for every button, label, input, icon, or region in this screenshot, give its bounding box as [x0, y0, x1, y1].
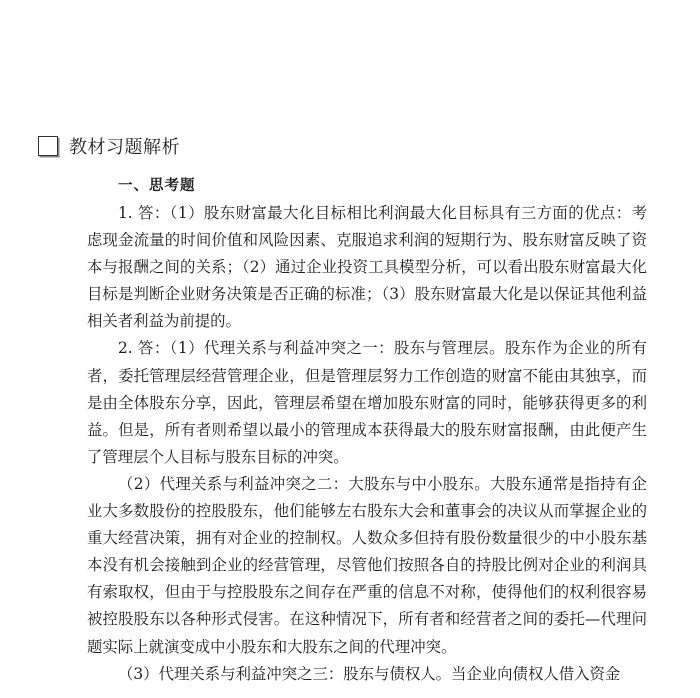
paragraph-answer-2-part-1: 2. 答：（1）代理关系与利益冲突之一：股东与管理层。股东作为企业的所有者，委托… [87, 335, 647, 470]
paragraph-answer-2-part-2: （2）代理关系与利益冲突之二：大股东与中小股东。大股东通常是指持有企业大多数股份… [87, 471, 647, 661]
paragraph-answer-2-part-3: （3）代理关系与利益冲突之三：股东与债权人。当企业向债权人借入资金 [87, 661, 647, 688]
checkbox-icon [38, 136, 58, 156]
document-page: 教材习题解析 一、思考题 1. 答：（1）股东财富最大化目标相比利润最大化目标具… [0, 0, 700, 698]
subheading: 一、思考题 [118, 174, 196, 195]
paragraph-answer-1: 1. 答：（1）股东财富最大化目标相比利润最大化目标具有三方面的优点：考虑现金流… [87, 200, 647, 335]
section-header: 教材习题解析 [38, 133, 180, 159]
section-title: 教材习题解析 [69, 133, 180, 159]
body-text: 1. 答：（1）股东财富最大化目标相比利润最大化目标具有三方面的优点：考虑现金流… [87, 200, 647, 688]
